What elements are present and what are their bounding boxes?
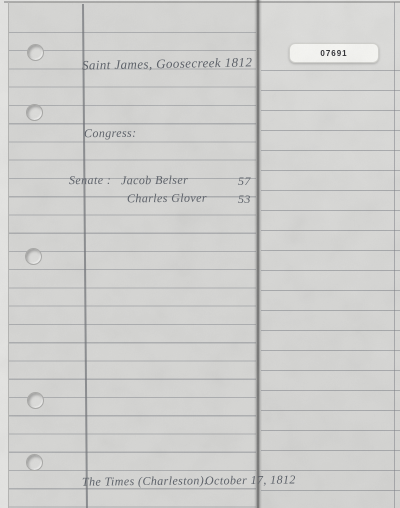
handwritten-senate-label: Senate : — [69, 173, 111, 188]
handwritten-title: Saint James, Goosecreek 1812 — [82, 54, 253, 73]
handwritten-candidate-name: Charles Glover — [127, 191, 207, 207]
handwritten-section-congress: Congress: — [84, 126, 137, 142]
right-margin-rule-line — [394, 2, 395, 508]
handwritten-candidate-votes: 57 — [238, 174, 251, 189]
catalog-number: 07691 — [320, 49, 347, 58]
scanned-ledger-page: 07691 Saint James, Goosecreek 1812 Congr… — [0, 0, 400, 508]
binder-hole — [25, 248, 42, 265]
catalog-sticker: 07691 — [289, 43, 379, 63]
page-crease — [254, 0, 262, 508]
handwritten-citation-source: The Times (Charleston). — [82, 473, 208, 490]
binder-hole — [26, 454, 43, 471]
handwritten-candidate-votes: 53 — [238, 192, 251, 207]
binder-hole — [26, 104, 43, 121]
ruled-lines-right — [261, 70, 400, 508]
binder-hole — [27, 44, 44, 61]
ruled-lines-left — [9, 32, 256, 508]
handwritten-citation-date: October 17, 1812 — [205, 472, 296, 488]
handwritten-candidate-name: Jacob Belser — [121, 173, 188, 189]
binder-hole — [27, 392, 44, 409]
paper-top-edge — [4, 1, 400, 3]
